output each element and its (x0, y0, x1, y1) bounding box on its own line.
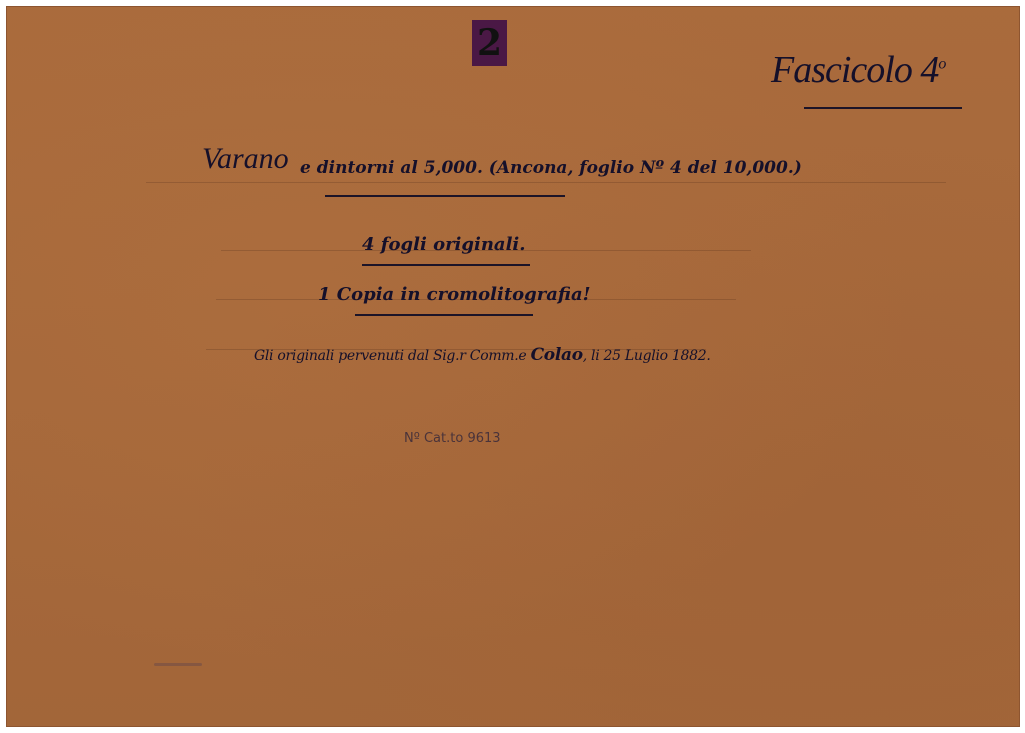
title-underline (441, 195, 565, 197)
stamp-number: 2 (477, 25, 502, 61)
title-underline (325, 195, 441, 197)
title-details: e dintorni al 5,000. (Ancona, foglio Nº … (300, 158, 802, 178)
number-stamp: 2 (472, 20, 507, 66)
fascicolo-heading: Fascicolo 4o (771, 48, 945, 92)
title-place: Varano (202, 142, 289, 176)
provenance-note: Gli originali pervenuti dal Sig.r Comm.e… (254, 345, 711, 365)
ruled-line (146, 182, 946, 183)
originals-count: 4 fogli originali. (362, 234, 526, 255)
archival-folder-cover: 2 Fascicolo 4o Varano e dintorni al 5,00… (6, 6, 1020, 727)
ink-smudge (154, 663, 202, 666)
copy-underline (355, 314, 533, 316)
fascicolo-underline (804, 107, 962, 109)
originals-underline (362, 264, 530, 266)
donor-name: Colao (531, 345, 583, 365)
catalogue-number: Nº Cat.to 9613 (404, 431, 501, 446)
copy-note: 1 Copia in cromolitografia! (318, 284, 591, 305)
